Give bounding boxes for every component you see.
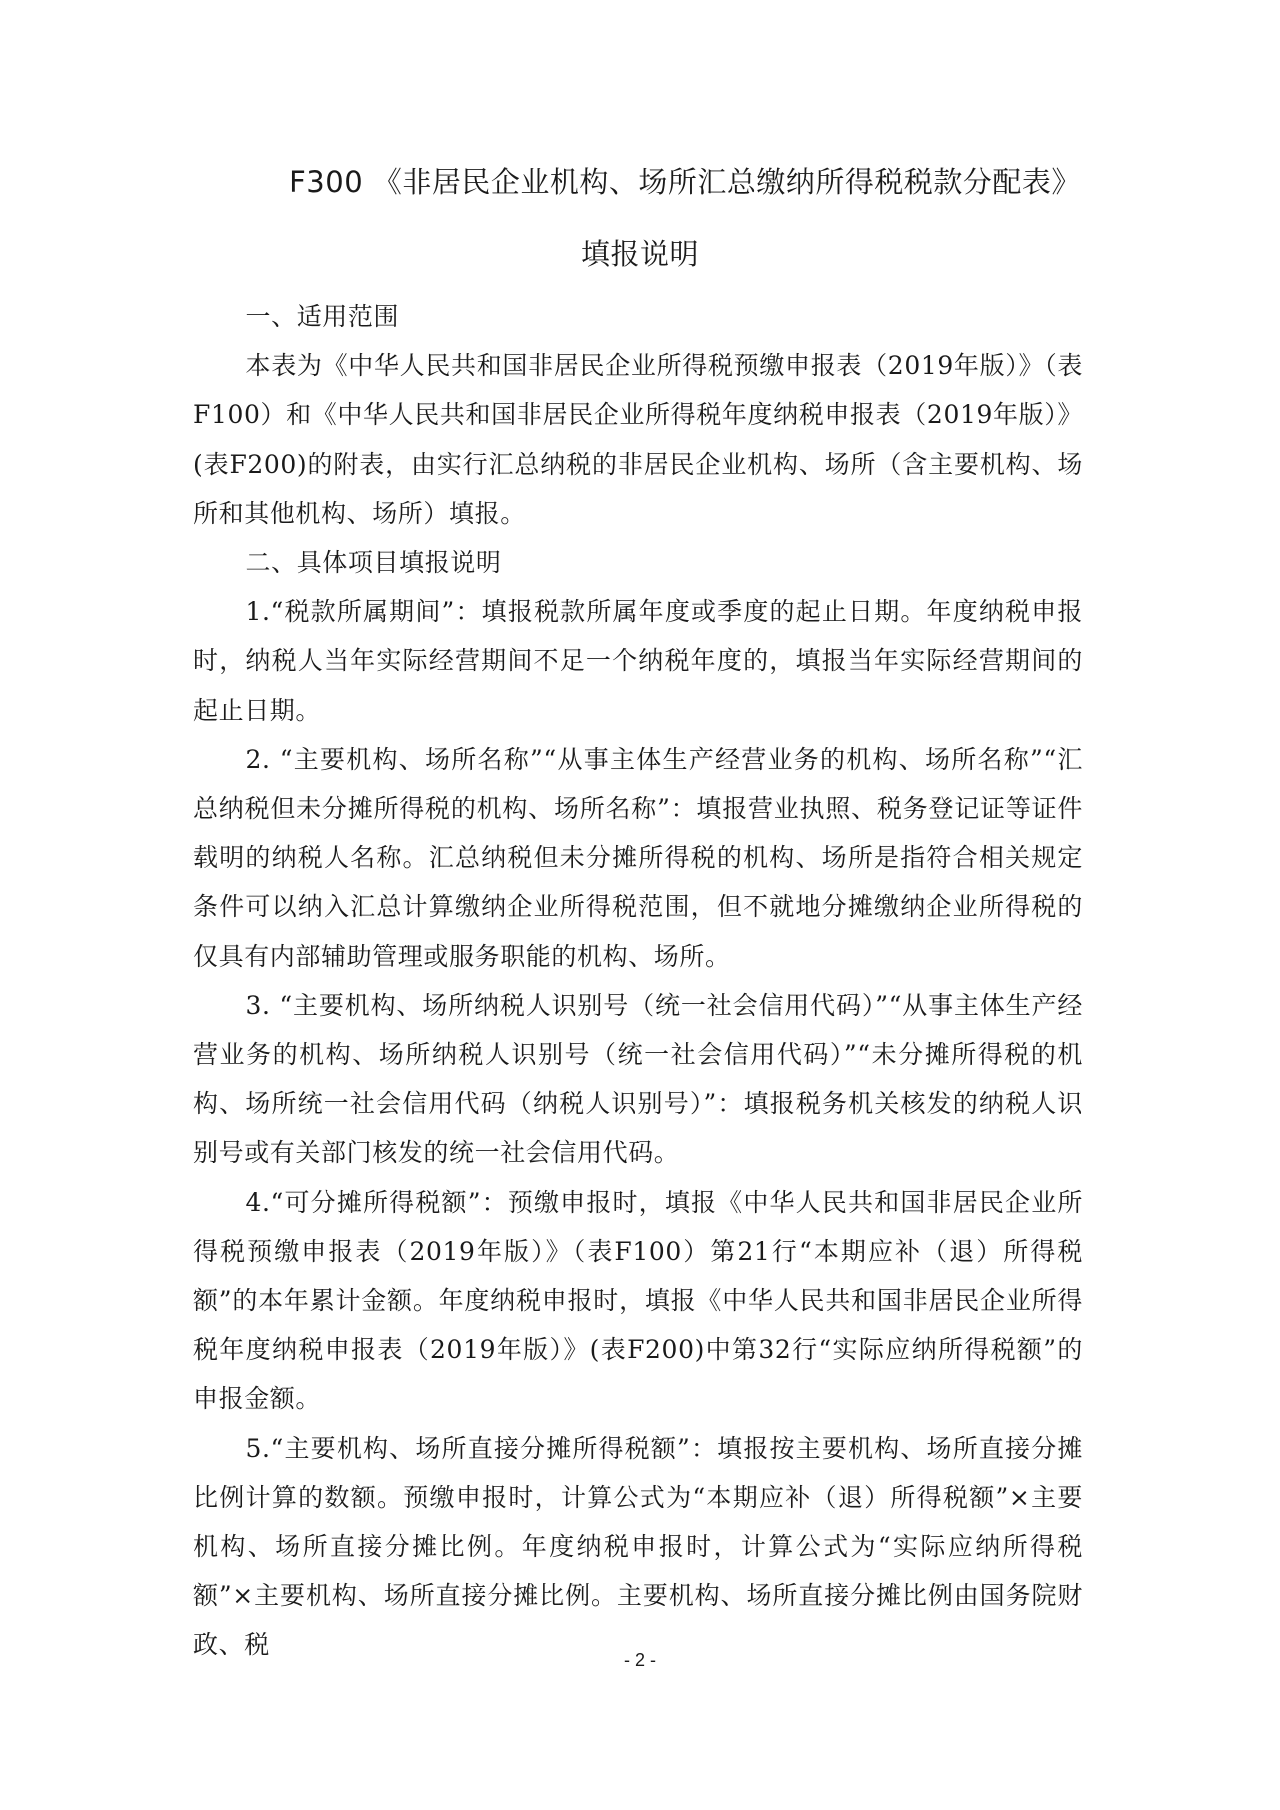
paragraph-item-3: 3. “主要机构、场所纳税人识别号（统一社会信用代码）”“从事主体生产经营业务的…	[193, 981, 1083, 1178]
paragraph-item-1: 1.“税款所属期间”：填报税款所属年度或季度的起止日期。年度纳税申报时，纳税人当…	[193, 587, 1083, 735]
page-number: - 2 -	[0, 1650, 1280, 1671]
document-subtitle: 填报说明	[0, 232, 1280, 273]
document-title: F300 《非居民企业机构、场所汇总缴纳所得税税款分配表》	[45, 160, 1280, 201]
section-heading-scope: 一、适用范围	[193, 292, 1083, 341]
document-page: F300 《非居民企业机构、场所汇总缴纳所得税税款分配表》 填报说明 一、适用范…	[0, 0, 1280, 1810]
paragraph-scope: 本表为《中华人民共和国非居民企业所得税预缴申报表（2019年版）》（表F100）…	[193, 341, 1083, 538]
section-heading-items: 二、具体项目填报说明	[193, 538, 1083, 587]
document-body: 一、适用范围 本表为《中华人民共和国非居民企业所得税预缴申报表（2019年版）》…	[193, 292, 1083, 1670]
paragraph-item-4: 4.“可分摊所得税额”：预缴申报时，填报《中华人民共和国非居民企业所得税预缴申报…	[193, 1178, 1083, 1424]
paragraph-item-2: 2. “主要机构、场所名称”“从事主体生产经营业务的机构、场所名称”“汇总纳税但…	[193, 735, 1083, 981]
paragraph-item-5: 5.“主要机构、场所直接分摊所得税额”：填报按主要机构、场所直接分摊比例计算的数…	[193, 1424, 1083, 1670]
